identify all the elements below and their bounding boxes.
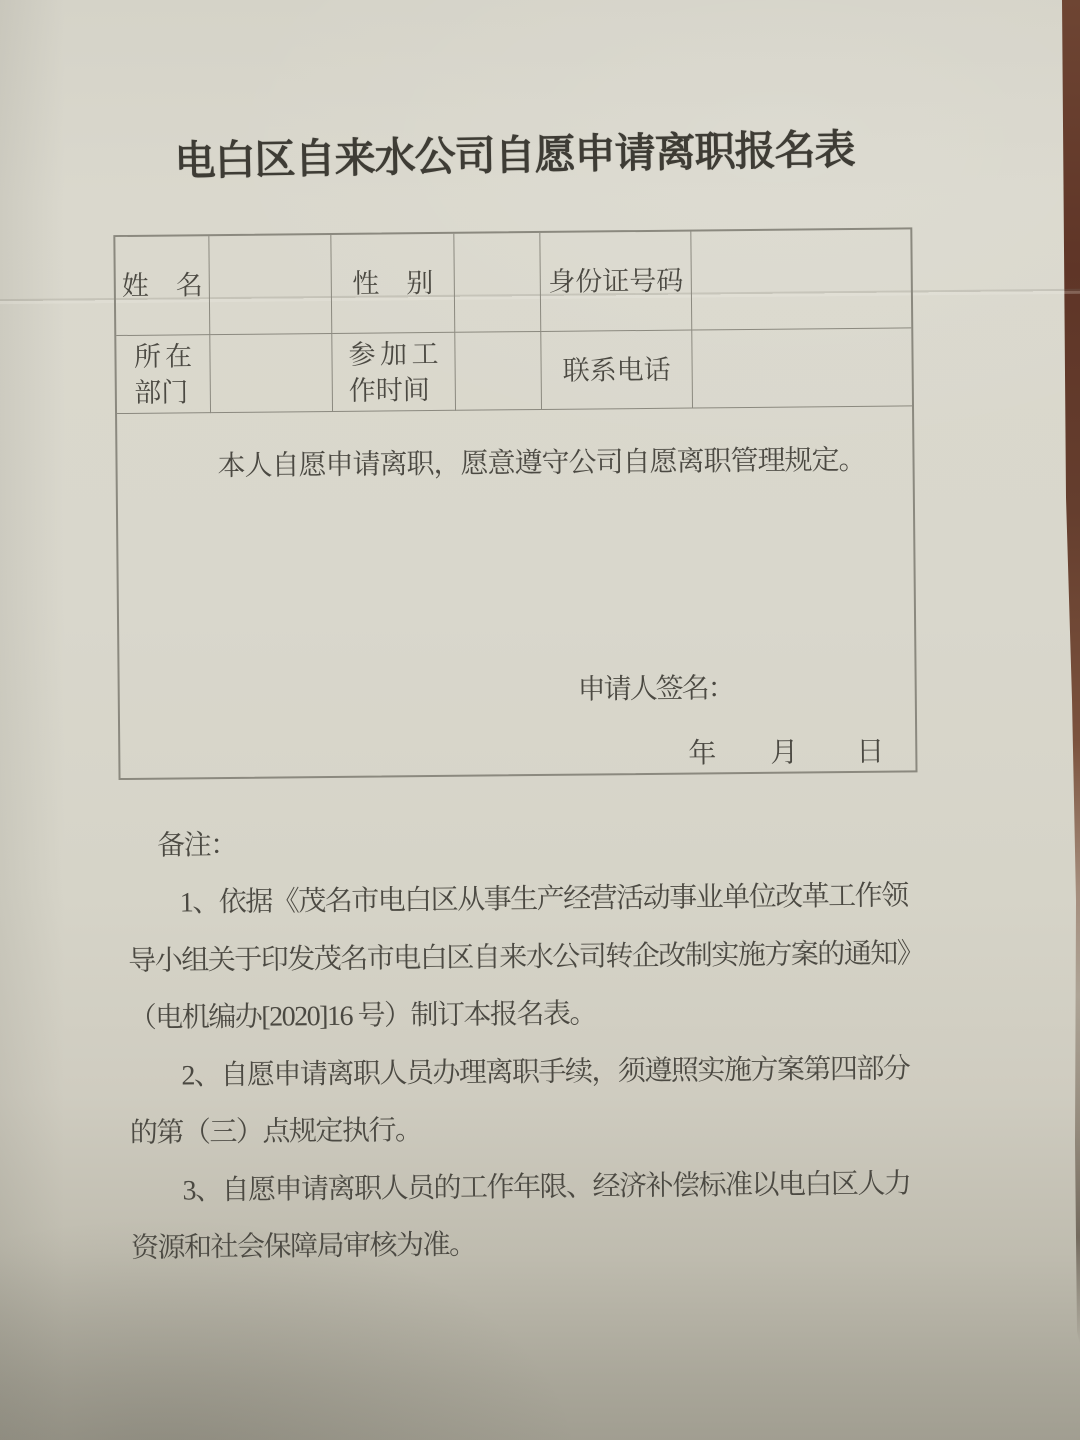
date-day-label: 日 [856,735,884,771]
department-label: 所在部门 [134,338,193,411]
gender-label: 性 别 [352,265,433,302]
date-month-label: 月 [770,736,798,772]
form-title: 电白区自来水公司自愿申请离职报名表 [0,113,1055,191]
declaration-text: 本人自愿申请离职，愿意遵守公司自愿离职管理规定。 [217,443,865,485]
work-start-label-cell: 参加工作时间 [332,333,456,412]
phone-label-cell: 联系电话 [541,331,693,410]
phone-value-cell [692,328,912,408]
note-line-6: 3、自愿申请离职人员的工作年限、经济补偿标准以电白区人力 [130,1152,921,1217]
name-label-cell: 姓 名 [115,236,210,336]
date-year-label: 年 [688,736,716,772]
note-line-1: 1、依据《茂名市电白区从事生产经营活动事业单位改革工作领 [127,865,918,930]
department-label-cell: 所在部门 [116,335,211,414]
declaration-cell: 本人自愿申请离职，愿意遵守公司自愿离职管理规定。 申请人签名： 年 月 日 [117,406,915,778]
photographed-document: 电白区自来水公司自愿申请离职报名表 姓 名 性 别 身份证号码 所在部门 参加工… [0,0,1080,1440]
department-value-cell [210,334,333,413]
form-table: 姓 名 性 别 身份证号码 所在部门 参加工作时间 联系电话 [113,227,917,780]
note-line-3: （电机编办[2020]16 号）制订本报名表。 [129,980,920,1045]
document-content: 电白区自来水公司自愿申请离职报名表 姓 名 性 别 身份证号码 所在部门 参加工… [0,0,1080,1440]
note-line-4: 2、自愿申请离职人员办理离职手续，须遵照实施方案第四部分 [129,1037,920,1102]
note-line-2: 导小组关于印发茂名市电白区自来水公司转企改制实施方案的通知》 [128,922,919,987]
notes-heading: 备注： [127,807,918,872]
id-number-label-cell: 身份证号码 [540,232,692,332]
gender-value-cell [454,233,541,333]
notes-section: 备注： 1、依据《茂名市电白区从事生产经营活动事业单位改革工作领 导小组关于印发… [127,807,921,1275]
gender-label-cell: 性 别 [331,234,455,334]
work-start-label: 参加工作时间 [348,335,439,408]
name-value-cell [209,235,332,335]
note-line-5: 的第（三）点规定执行。 [130,1095,921,1160]
work-start-value-cell [455,332,542,411]
id-number-value-cell [691,229,911,330]
note-line-7: 资源和社会保障局审核为准。 [131,1210,922,1275]
name-label: 姓 名 [122,267,203,304]
id-number-label: 身份证号码 [548,263,683,300]
phone-label: 联系电话 [562,351,670,388]
applicant-signature-label: 申请人签名： [578,671,734,708]
